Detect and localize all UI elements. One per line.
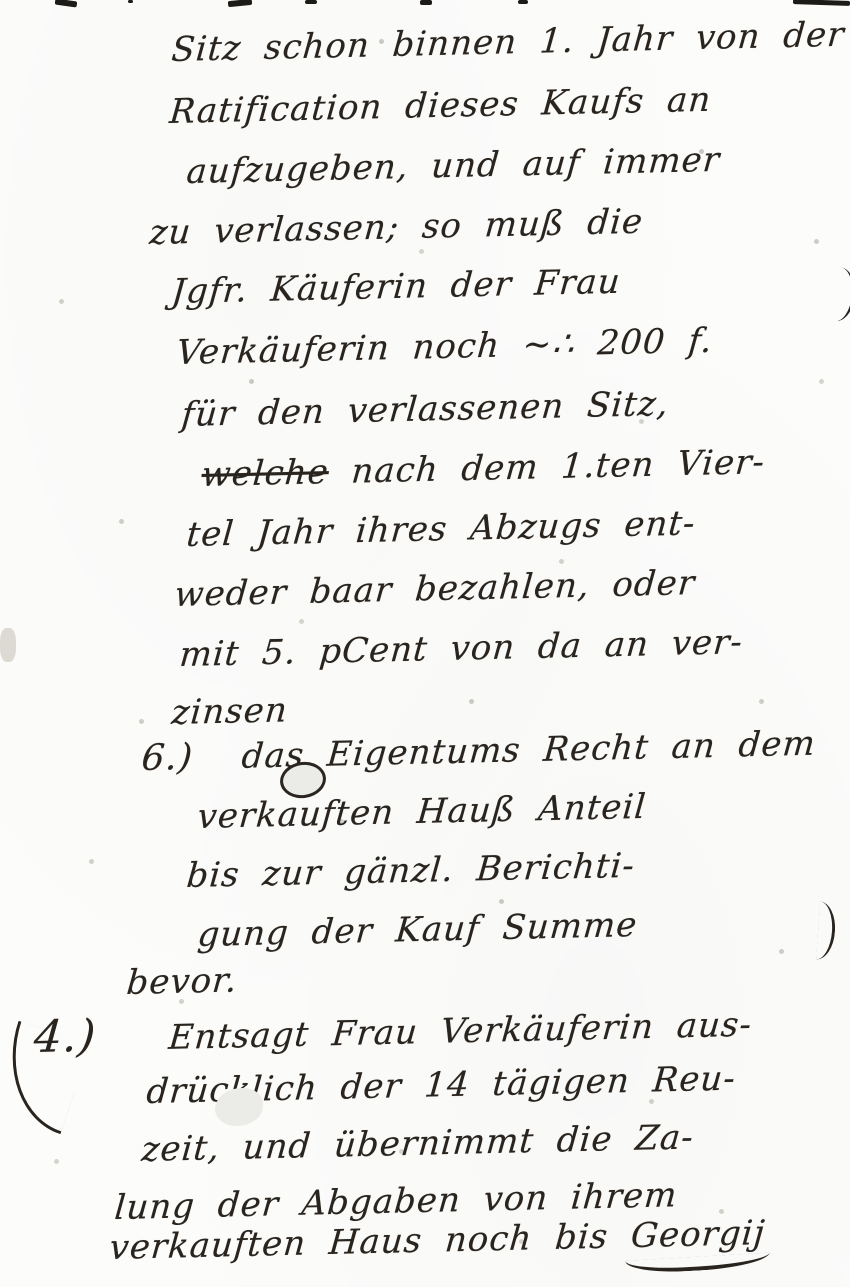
ink-smudge — [215, 1088, 263, 1126]
line-text: bis zur gänzl. Berichti- — [185, 846, 636, 896]
manuscript-line: mit 5. pCent von da an ver- — [178, 622, 745, 675]
struck-word: welche — [200, 452, 330, 495]
line-text: aufzugeben, und auf immer — [185, 140, 722, 192]
manuscript-line: Verkäuferin noch ∼∴ 200 f. — [175, 321, 714, 373]
manuscript-line: bis zur gänzl. Berichti- — [185, 846, 636, 896]
scan-artifact — [55, 0, 78, 8]
manuscript-line: zu verlassen; so muß die — [148, 202, 645, 253]
manuscript-line: Jgfr. Käuferin der Frau — [170, 262, 622, 312]
flourish-brace — [833, 267, 850, 323]
flourish-paren — [816, 901, 837, 960]
manuscript-line: für den verlassenen Sitz, — [180, 384, 670, 435]
line-text: Jgfr. Käuferin der Frau — [170, 262, 622, 312]
line-text: das Eigentums Recht an dem — [240, 724, 817, 777]
line-text: zeit, und übernimmt die Za- — [140, 1117, 695, 1170]
manuscript-line: bevor. — [125, 960, 239, 1003]
line-text: Sitz schon binnen 1. Jahr von der — [170, 15, 846, 70]
line-text: verkauften Hauß Anteil — [196, 787, 648, 837]
manuscript-line: Sitz schon binnen 1. Jahr von der — [170, 15, 846, 70]
manuscript-page: Sitz schon binnen 1. Jahr von der Ratifi… — [0, 0, 850, 1287]
manuscript-line: gung der Kauf Summe — [196, 905, 639, 955]
scan-artifact — [128, 0, 133, 3]
line-text: nach dem 1.ten Vier- — [350, 442, 767, 491]
manuscript-line: tel Jahr ihres Abzugs ent- — [185, 503, 697, 555]
scan-artifact — [420, 0, 432, 5]
scan-artifact — [518, 0, 528, 4]
line-text: gung der Kauf Summe — [196, 905, 639, 955]
underlined-word: Georgij — [629, 1213, 766, 1256]
line-text: zu verlassen; so muß die — [148, 202, 645, 253]
line-text: Ratification dieses Kaufs an — [168, 80, 713, 132]
line-text: tel Jahr ihres Abzugs ent- — [185, 503, 697, 555]
manuscript-line: weder baar bezahlen, oder — [173, 563, 697, 615]
line-text: Verkäuferin noch ∼∴ 200 f. — [175, 321, 714, 373]
line-text: für den verlassenen Sitz, — [180, 384, 670, 435]
line-text: Entsagt Frau Verkäuferin aus- — [167, 1005, 754, 1058]
scan-artifact — [793, 0, 850, 6]
line-text: bevor. — [125, 960, 239, 1003]
manuscript-line: verkauften Hauß Anteil — [196, 787, 648, 837]
line-text: weder baar bezahlen, oder — [173, 563, 697, 615]
clause-marker-6: 6.) — [140, 737, 195, 779]
scan-artifact — [228, 0, 252, 7]
manuscript-line: zeit, und übernimmt die Za- — [140, 1117, 695, 1170]
scan-edge-smear — [0, 628, 16, 662]
manuscript-line-clause-4: 4.) Entsagt Frau Verkäuferin aus- — [32, 996, 754, 1063]
manuscript-line: welche nach dem 1.ten Vier- — [200, 442, 767, 495]
manuscript-line: aufzugeben, und auf immer — [185, 140, 722, 192]
scan-artifact — [305, 0, 317, 4]
line-text: mit 5. pCent von da an ver- — [178, 622, 745, 675]
paper-speckle-noise — [0, 0, 3, 3]
manuscript-line: zinsen — [170, 690, 289, 733]
line-text: zinsen — [170, 690, 289, 733]
manuscript-line: Ratification dieses Kaufs an — [168, 80, 713, 132]
